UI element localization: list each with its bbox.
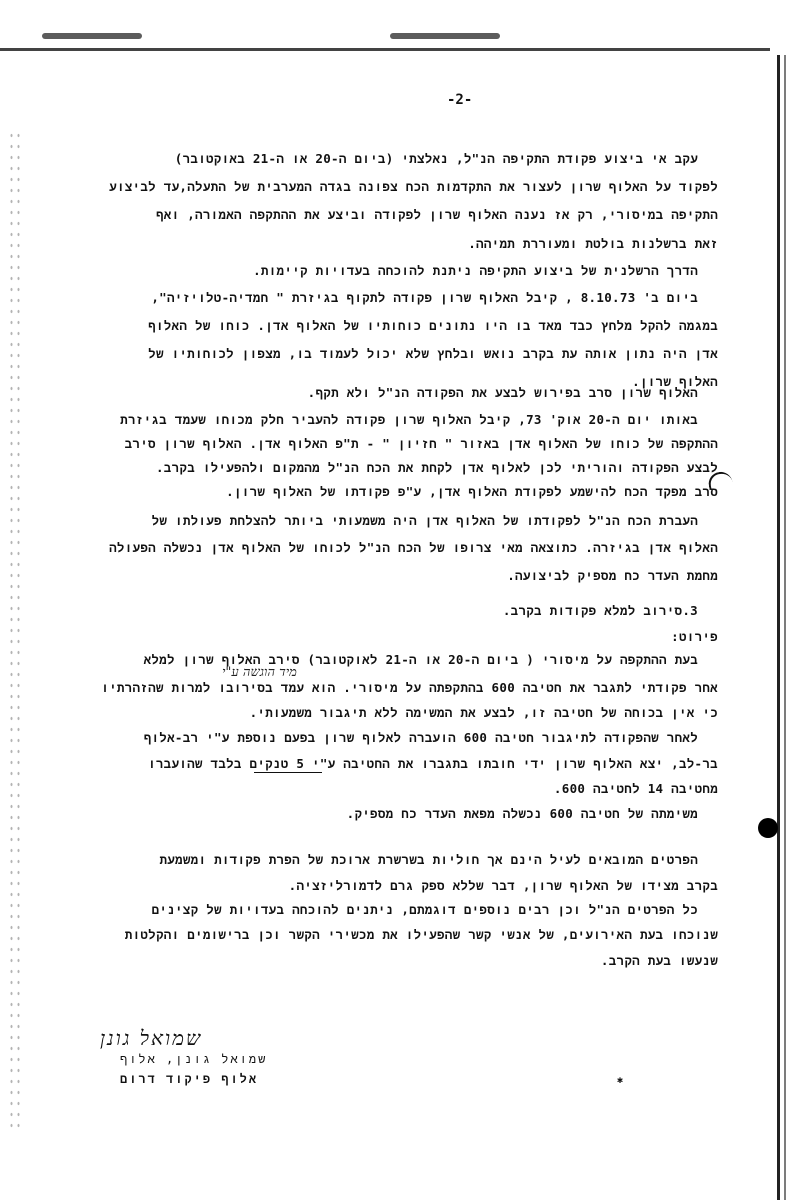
punch-hole bbox=[758, 818, 778, 838]
text-underline bbox=[254, 772, 322, 773]
text-line: האלוף אדן בגיזרה. כתוצאה מאי צרופו של הכ… bbox=[109, 540, 718, 556]
scan-right-edge bbox=[784, 55, 786, 1200]
text-line: זאת ברשלנות בולטת ומעוררת תמיהה. bbox=[468, 236, 718, 252]
text-line: לבצע הפקודה והוריתי לכן לאלוף אדן לקחת א… bbox=[156, 460, 718, 476]
text-line: לפקוד על האלוף שרון לעצור את התקדמות הכח… bbox=[109, 179, 718, 195]
text-line: שנוכחו בעת האירועים, של אנשי קשר שהפעילו… bbox=[125, 927, 718, 943]
text-line: מחמת העדר כח מספיק לביצועה. bbox=[507, 568, 718, 584]
handwritten-annotation: מיד הוגשה ע"י bbox=[222, 664, 297, 680]
text-line: עקב אי ביצוע פקודת התקיפה הנ"ל, נאלצתי (… bbox=[175, 151, 698, 167]
signature-typed-name: שמואל גונן, אלוף bbox=[120, 1052, 267, 1067]
text-line: ביום ב' 8.10.73 , קיבל האלוף שרון פקודה … bbox=[151, 290, 698, 306]
text-line: התקיפה במיסורי, רק אז נענה האלוף שרון לפ… bbox=[156, 207, 718, 223]
text-line: מחטיבה 14 לחטיבה 600. bbox=[554, 781, 718, 797]
scan-top-edge bbox=[0, 48, 770, 51]
text-line: בר-לב, יצא האלוף שרון ידי חובתו בתגברו א… bbox=[148, 756, 718, 772]
text-line: סרב מפקד הכח להישמע לפקודת האלוף אדן, ע"… bbox=[226, 484, 718, 500]
page-number: -2- bbox=[447, 92, 472, 108]
scan-right-edge bbox=[777, 55, 780, 1200]
detail-label: פירוט: bbox=[671, 629, 718, 645]
section-heading: 3.סירוב למלא פקודות בקרב. bbox=[503, 603, 698, 619]
text-line: באותו יום ה-20 אוק' 73, קיבל האלוף שרון … bbox=[120, 412, 698, 428]
text-line: כי אין בכוחה של חטיבה זו, לבצע את המשימה… bbox=[250, 705, 718, 721]
text-line: לאחר שהפקודה לתיגבור חטיבה 600 הועברה לא… bbox=[144, 730, 698, 746]
text-line: במגמה להקל מלחץ כבד מאד בו היו נתונים כו… bbox=[148, 318, 718, 334]
scan-mark: ✱ bbox=[617, 1075, 623, 1086]
text-line: בקרב מצידו של האלוף שרון, דבר שללא ספק ג… bbox=[289, 878, 718, 894]
text-line: הדרך הרשלנית של ביצוע התקיפה ניתנת להוכח… bbox=[253, 263, 698, 279]
text-line: משימתה של חטיבה 600 נכשלה מפאת העדר כח מ… bbox=[347, 806, 698, 822]
text-line: כל הפרטים הנ"ל וכן רבים נוספים דוגמתם, נ… bbox=[152, 902, 698, 918]
scanned-document-page: -2- עקב אי ביצוע פקודת התקיפה הנ"ל, נאלצ… bbox=[0, 0, 788, 1200]
text-line: האלוף שרון סרב בפירוש לבצע את הפקודה הנ"… bbox=[308, 385, 698, 401]
signature-title: אלוף פיקוד דרום bbox=[120, 1072, 258, 1087]
text-line: הפרטים המובאים לעיל הינם אך חוליות בשרשר… bbox=[159, 852, 698, 868]
scan-smudge bbox=[390, 33, 500, 39]
handwritten-signature: שמואל גונן bbox=[100, 1026, 202, 1051]
text-line: שנעשו בעת הקרב. bbox=[601, 953, 718, 969]
text-line: העברת הכח הנ"ל לפקודתו של האלוף אדן היה … bbox=[152, 513, 698, 529]
text-line: אדן היה נתון אותה עת בקרב נואש ובלחץ שלא… bbox=[148, 346, 718, 362]
text-line: ההתקפה של כוחו של האלוף אדן באזור " חזיו… bbox=[125, 436, 718, 452]
scan-noise bbox=[8, 130, 22, 1130]
scan-smudge bbox=[42, 33, 142, 39]
text-line: אחר פקודתי לתגבר את חטיבה 600 בהתקפתה על… bbox=[101, 680, 718, 696]
